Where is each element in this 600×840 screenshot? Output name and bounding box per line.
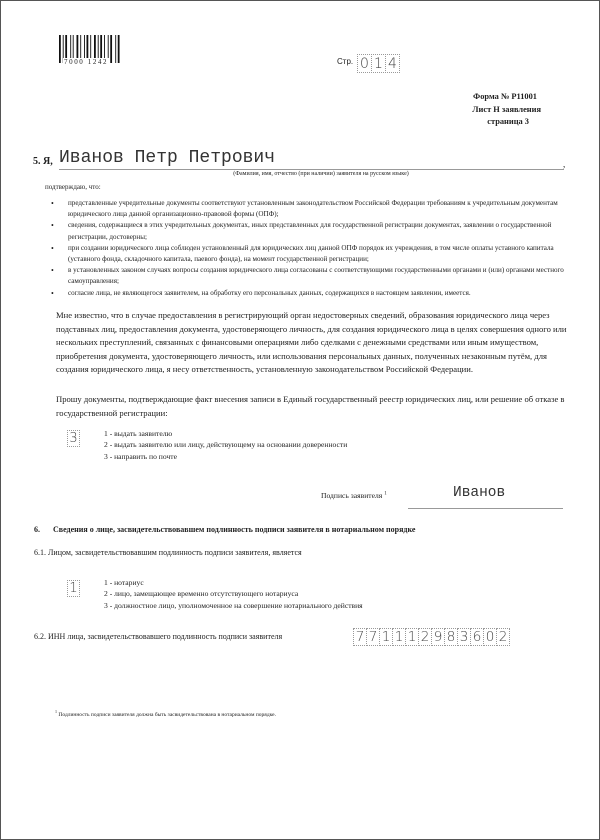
signature-label-text: Подпись заявителя xyxy=(321,491,382,500)
delivery-choice-cell[interactable]: 3 xyxy=(67,430,78,445)
confirm-text: подтверждаю, что: xyxy=(45,183,101,191)
signature-label: Подпись заявителя 1 xyxy=(321,491,387,500)
name-caption: (Фамилия, имя, отчество (при наличии) за… xyxy=(161,171,481,177)
question-6-2: 6.2. ИНН лица, засвидетельствовавшего по… xyxy=(34,632,282,641)
confirmation-item: согласие лица, не являющегося заявителем… xyxy=(51,288,571,299)
page-digit-cell: 0 xyxy=(357,54,372,73)
section6-title: Сведения о лице, засвидетельствовавшем п… xyxy=(53,525,415,534)
confirmation-item: сведения, содержащиеся в этих учредитель… xyxy=(51,220,571,242)
footnote-text: Подлинность подписи заявителя должна быт… xyxy=(58,712,276,718)
form-page: 7000 1242 Стр. 014 Форма № Р11001 Лист Н… xyxy=(0,0,600,840)
page-label: Стр. xyxy=(337,57,353,66)
request-paragraph: Прошу документы, подтверждающие факт вне… xyxy=(56,393,576,420)
page-digit-cell: 4 xyxy=(385,54,400,73)
sheet-label: Лист Н заявления xyxy=(401,104,541,116)
certifier-choice-value: 1 xyxy=(67,580,80,597)
page-number-cells: 014 xyxy=(357,54,399,73)
certifier-option: 3 - должностное лицо, уполномоченное на … xyxy=(104,600,363,611)
inn-field[interactable]: 771112983602 xyxy=(353,628,509,646)
footnote: 1 Подлинность подписи заявителя должна б… xyxy=(55,709,276,718)
barcode: 7000 1242 xyxy=(59,35,125,67)
inn-digit-cell: 1 xyxy=(392,628,406,646)
signature-underline xyxy=(408,508,563,509)
applicant-name-field[interactable]: Иванов Петр Петрович xyxy=(59,148,275,168)
delivery-option: 3 - направить по почте xyxy=(104,451,347,462)
inn-digit-cell: 1 xyxy=(405,628,419,646)
delivery-option: 2 - выдать заявителю или лицу, действующ… xyxy=(104,439,347,450)
confirmation-item: при создании юридического лица соблюден … xyxy=(51,243,571,265)
inn-digit-cell: 1 xyxy=(379,628,393,646)
inn-digit-cell: 7 xyxy=(353,628,367,646)
signature-field[interactable]: Иванов xyxy=(453,485,505,501)
inn-digit-cell: 9 xyxy=(431,628,445,646)
liability-paragraph: Мне известно, что в случае предоставлени… xyxy=(56,309,576,377)
page-digit-cell: 1 xyxy=(371,54,386,73)
certifier-choice-cell[interactable]: 1 xyxy=(67,580,78,595)
delivery-options: 1 - выдать заявителю 2 - выдать заявител… xyxy=(104,428,347,462)
inn-digit-cell: 6 xyxy=(470,628,484,646)
inn-digit-cell: 2 xyxy=(418,628,432,646)
section6-number: 6. xyxy=(34,525,40,534)
certifier-options: 1 - нотариус 2 - лицо, замещающее времен… xyxy=(104,577,363,611)
inn-digit-cell: 3 xyxy=(457,628,471,646)
footnote-marker: 1 xyxy=(55,709,57,714)
section5-label: 5. Я, xyxy=(33,156,53,167)
confirmation-item: представленные учредительные документы с… xyxy=(51,198,571,220)
name-comma: , xyxy=(563,159,565,169)
name-underline xyxy=(59,169,564,170)
inn-digit-cell: 8 xyxy=(444,628,458,646)
delivery-option: 1 - выдать заявителю xyxy=(104,428,347,439)
footnote-ref: 1 xyxy=(384,491,387,496)
confirmation-list: представленные учредительные документы с… xyxy=(51,198,571,299)
inn-digit-cell: 7 xyxy=(366,628,380,646)
delivery-choice-value: 3 xyxy=(67,430,80,447)
sheet-page-label: страница 3 xyxy=(401,116,529,128)
inn-digit-cell: 0 xyxy=(483,628,497,646)
barcode-number: 7000 1242 xyxy=(63,58,109,66)
confirmation-item: в установленных законом случаях вопросы … xyxy=(51,265,571,287)
certifier-option: 1 - нотариус xyxy=(104,577,363,588)
inn-digit-cell: 2 xyxy=(496,628,510,646)
question-6-1: 6.1. Лицом, засвидетельствовавшим подлин… xyxy=(34,548,302,557)
certifier-option: 2 - лицо, замещающее временно отсутствую… xyxy=(104,588,363,599)
form-number: Форма № Р11001 xyxy=(401,91,537,103)
